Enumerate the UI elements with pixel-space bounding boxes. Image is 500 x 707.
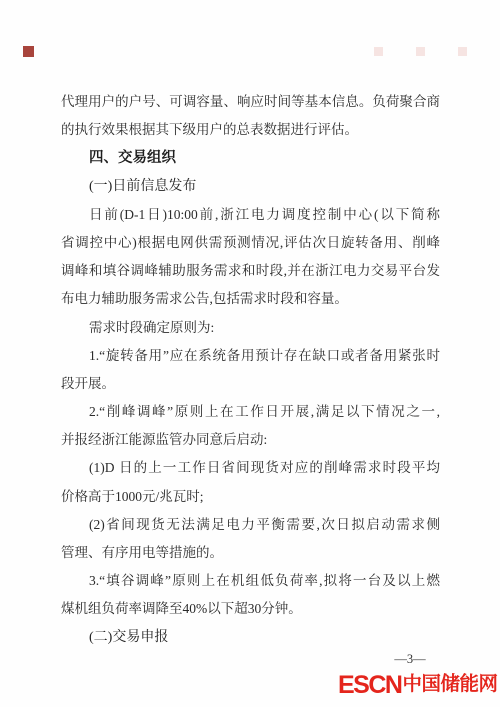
text-line: 省调控中心)根据电网供需预测情况,评估次日旋转备用、削峰 — [61, 229, 440, 257]
escn-logo-chinese-text: 中国储能网 — [402, 675, 497, 695]
text-line: 煤机组负荷率调降至40%以下超30分钟。 — [61, 595, 440, 623]
text-line: 代理用户的户号、可调容量、响应时间等基本信息。负荷聚合商 — [61, 88, 440, 116]
page-number: —3— — [388, 652, 432, 667]
faint-watermark-mark — [374, 47, 383, 56]
text-line: 管理、有序用电等措施的。 — [61, 539, 440, 567]
red-stamp-mark — [23, 46, 34, 57]
text-line: 日前(D-1日)10:00前,浙江电力调度控制中心(以下简称 — [61, 201, 440, 229]
text-line: 1.“旋转备用”应在系统备用预计存在缺口或者备用紧张时 — [61, 342, 440, 370]
text-line: (一)日前信息发布 — [61, 173, 440, 201]
escn-logo: ESCN 中国储能网 — [338, 670, 497, 700]
text-line: 调峰和填谷调峰辅助服务需求和时段,并在浙江电力交易平台发 — [61, 257, 440, 285]
text-line: (2)省间现货无法满足电力平衡需要,次日拟启动需求侧 — [61, 511, 440, 539]
text-line: (二)交易申报 — [61, 624, 440, 652]
text-line: 需求时段确定原则为: — [61, 314, 440, 342]
text-line: 布电力辅助服务需求公告,包括需求时段和容量。 — [61, 285, 440, 313]
text-line: 3.“填谷调峰”原则上在机组低负荷率,拟将一台及以上燃 — [61, 567, 440, 595]
text-line: (1)D 日的上一工作日省间现货对应的削峰需求时段平均 — [61, 454, 440, 482]
text-line: 四、交易组织 — [61, 144, 440, 172]
escn-logo-latin-text: ESCN — [338, 673, 401, 698]
text-line: 的执行效果根据其下级用户的总表数据进行评估。 — [61, 116, 440, 144]
faint-watermark-mark — [416, 47, 425, 56]
text-line: 并报经浙江能源监管办同意后启动: — [61, 426, 440, 454]
document-page: 代理用户的户号、可调容量、响应时间等基本信息。负荷聚合商的执行效果根据其下级用户… — [0, 0, 500, 707]
faint-watermark-mark — [458, 47, 467, 56]
text-line: 2.“削峰调峰”原则上在工作日开展,满足以下情况之一, — [61, 398, 440, 426]
text-line: 价格高于1000元/兆瓦时; — [61, 483, 440, 511]
document-body: 代理用户的户号、可调容量、响应时间等基本信息。负荷聚合商的执行效果根据其下级用户… — [61, 88, 440, 652]
text-line: 段开展。 — [61, 370, 440, 398]
